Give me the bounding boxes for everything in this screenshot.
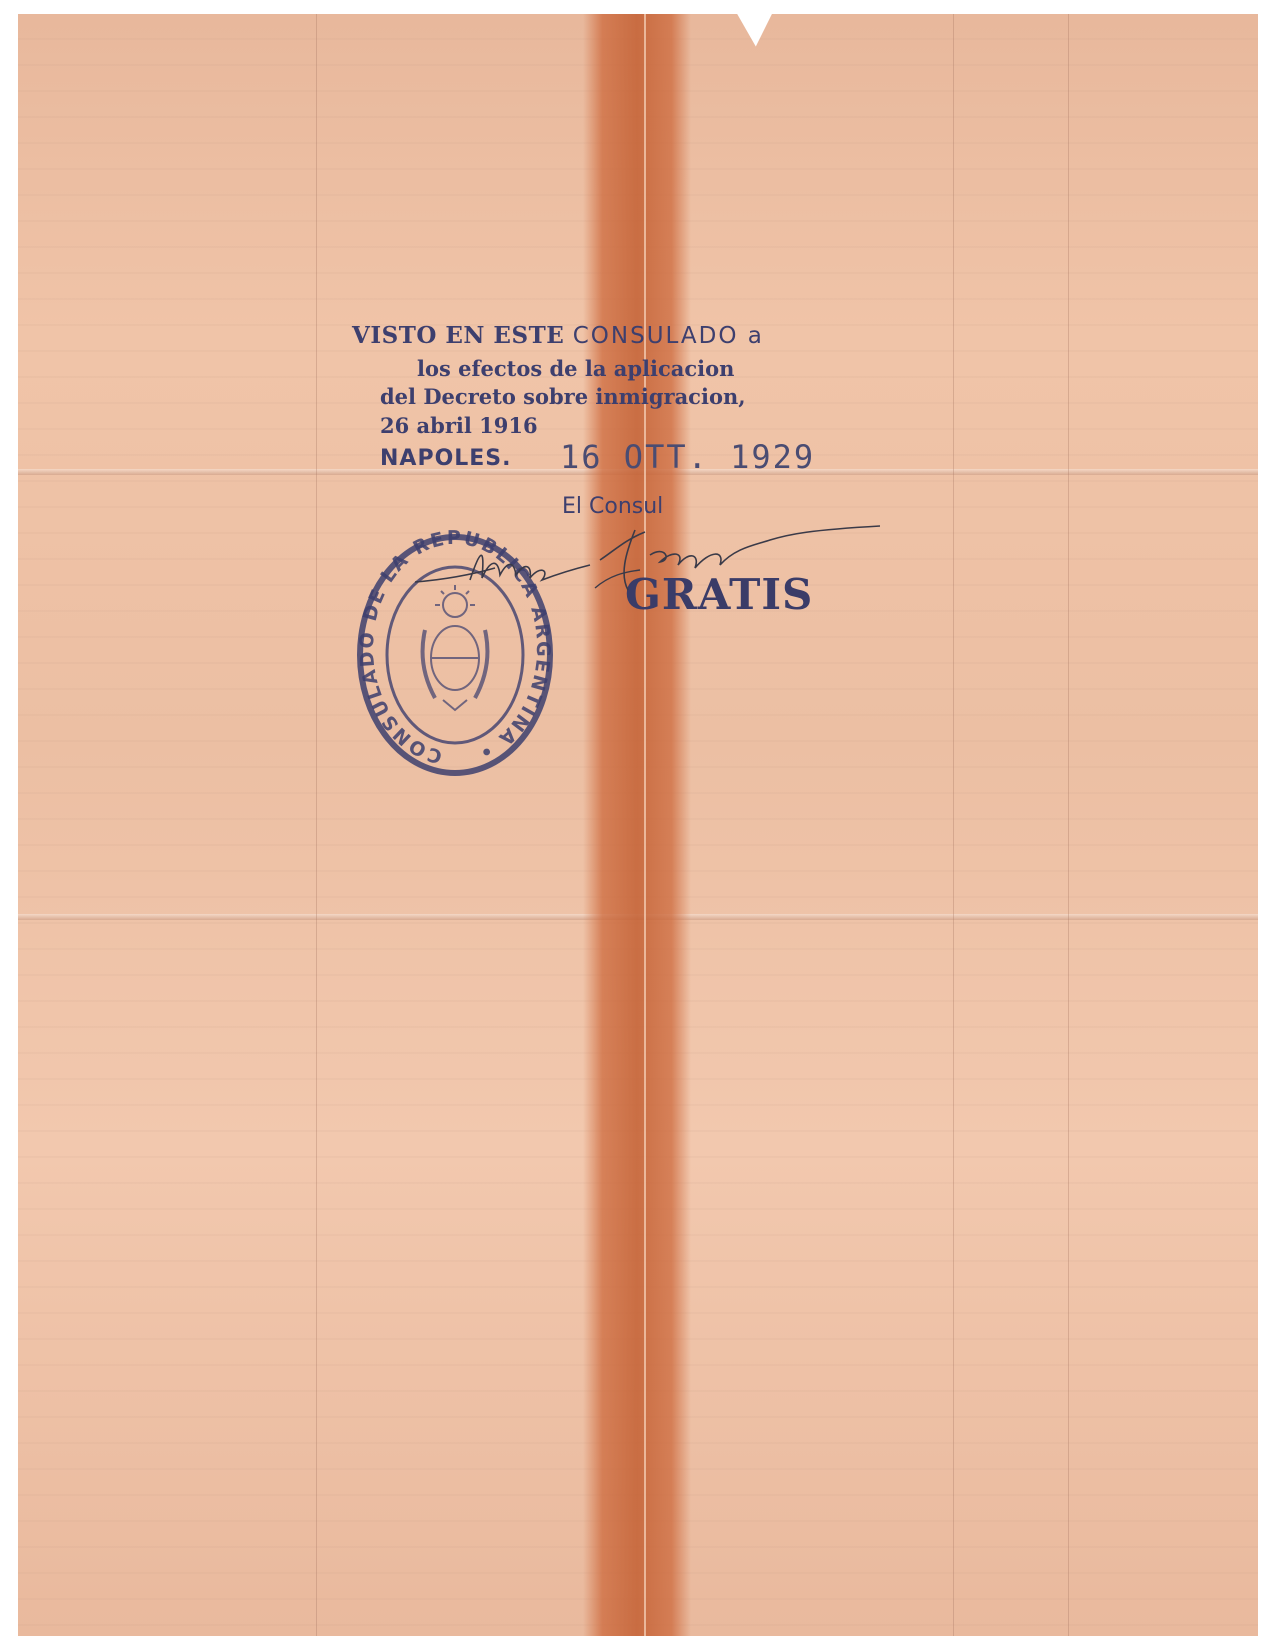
rust-stain: [583, 14, 691, 1636]
stamp-line-2: los efectos de la aplicacion: [417, 356, 734, 381]
stamp-line-4: 26 abril 1916: [380, 413, 538, 438]
document-paper: [18, 14, 1258, 1636]
stamp-date: 16 OTT. 1929: [560, 438, 815, 476]
vertical-fold-crease: [644, 14, 646, 1636]
stamp-place: NAPOLES.: [380, 446, 512, 471]
ruled-margin-line: [953, 14, 954, 1636]
ruled-margin-line: [316, 14, 317, 1636]
stamp-line-3: del Decreto sobre inmigracion,: [380, 384, 746, 409]
signatory-title: El Consul: [562, 494, 663, 519]
consul-signature: [410, 520, 930, 640]
ruled-margin-line: [1068, 14, 1069, 1636]
stamp-line-1: VISTO EN ESTE CONSULADO a: [352, 322, 764, 349]
